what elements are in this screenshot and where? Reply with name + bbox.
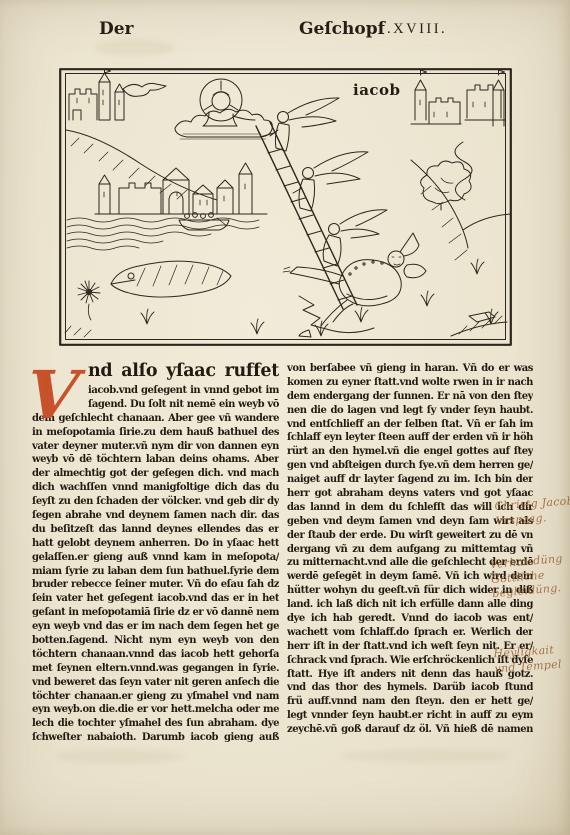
folio-number: .XVIII. [387,21,447,38]
woodcut-caption-label: iacob [353,81,401,99]
text-line: gen vnd abſteigen durch ſye.vñ dem herre… [287,459,533,473]
text-column-left: V nd alſo yſaac ruffet iacob.vnd geſegen… [32,361,279,745]
text-line: eyn weyb.on die.die er vor hett.melcha o… [32,703,279,717]
text-line: botten.ſagend. Nicht nym eyn weyb von de… [32,634,279,648]
right-castles [411,70,505,126]
text-line: rürt an den hymel.vñ die engel gottes au… [287,445,533,459]
text-line: ſagend. Du ſolt nit nemē ein weyb vō [88,398,279,412]
grass-tufts [141,259,498,336]
margin-note: Heyligkaitvnd Tempel [493,643,562,677]
text-line: naiget auff dr layter ſagend zu im. Ich … [287,473,533,487]
bird-icon [123,83,166,96]
decorated-initial: V [24,359,89,437]
jacobs-ladder-woodcut [59,68,512,346]
text-line: legt vnnder ſeyn haubt.er richt in auff … [287,709,533,723]
text-line: gelaſſen.er gieng auß vnnd kam in meſopo… [32,551,279,565]
margin-note: VerhaisdüngGottlichebegleidüng. [489,552,566,602]
text-line: frü auff.vnnd nam den ſteyn. den er hett… [287,695,533,709]
text-line: nen die do lagen vnd legt ſy vnder ſeyn … [287,404,533,418]
text-line: dergang vñ zu dem aufgang zu mittemtag v… [287,543,533,557]
bush [421,161,471,210]
text-line: lech die tochter yſmahel des ſun abraham… [32,717,279,731]
text-line: töchtern chanaan.vnnd das iacob hett geh… [32,648,279,662]
text-line: dich wachſſen vnnd manigfoltige dich das… [32,481,279,495]
left-castle [69,69,124,120]
show-through-smudge [340,750,510,762]
foreground-ground [65,312,507,337]
text-line: der almechtig got der geſegen dich. vnd … [32,467,279,481]
text-line: ſchweſter nabaioth. Darumb iacob gieng a… [32,731,279,745]
city-midground [95,163,267,214]
text-line: met ſeynen eltern.vnnd.was gegangen in ſ… [32,662,279,676]
text-line: hatt gelobt deynem anherren. Do in yſaac… [32,537,279,551]
text-line: du beſitzeſt das lannd deynes ellendes d… [32,523,279,537]
angel-middle [293,152,368,211]
text-line: vnd das thor des hymels. Darüb iacob ſtu… [287,681,533,695]
text-line: dye ich hab geredt. Vnnd do iacob was en… [287,612,533,626]
text-line: vnd beweret das ſeyn vater nit geren anſ… [32,676,279,690]
text-line: wachett vom ſchlaff.do ſprach er. Werlic… [287,626,533,640]
text-line: ſegen abrahe vnd deynem ſamen nach dir. … [32,509,279,523]
text-line: geſant in meſopotamiā ſirie dz er vō dan… [32,606,279,620]
left-column-body: dem geſchlecht chanaan. Aber gee vñ wand… [32,412,279,745]
text-line: miam ſyrie zu laban dem ſun bathuel.ſyri… [32,565,279,579]
angel-lower [323,210,387,266]
text-line: iacob.vnd geſegent in vnnd gebot im [88,384,279,398]
flower [78,281,100,320]
river-water [67,218,259,250]
text-line: weyb vō dē töchtern laban deins ohams. A… [32,453,279,467]
text-column-right: von berſabee vñ gieng in haran. Vñ do er… [287,362,533,737]
text-line: ſeyſt zu den ſchaden der völcker. vnd ge… [32,495,279,509]
incunabulum-page: { "document": { "header": { "running_tit… [0,0,570,835]
text-line: bruder rebecce ſeiner muter. Vñ do eſau … [32,578,279,592]
text-line: von berſabee vñ gieng in haran. Vñ do er… [287,362,533,376]
opening-line: nd alſo yſaac ruffet [88,361,279,384]
show-through-smudge [95,40,175,56]
text-line: vater deyner muter.vñ nym dir von dannen… [32,440,279,454]
text-line: eyn weyb vnd das er im nach dem ſegen he… [32,620,279,634]
text-line: komen zu eyner ſtatt.vnd wolte rwen in i… [287,376,533,390]
woodcut-border-inner [66,74,506,340]
text-line: ſchlaff eyn leyter ſteen auff der erden … [287,431,533,445]
show-through-smudge [55,750,185,763]
running-title-left: Der [99,19,134,39]
fish-rock [111,261,231,297]
woodcut-border-outer [60,69,511,345]
text-line: dem endergang der ſunnen. Er nā von den … [287,390,533,404]
running-title-right: Geſchopf [299,19,385,39]
text-line: zeychē.vñ goß darauf dz öl. Vñ hieß dē n… [287,723,533,737]
text-line: ſein vater het geſegent iacob.vnd das er… [32,592,279,606]
woodcut-illustration: iacob [59,68,512,346]
ladder [256,122,357,309]
text-line: der ſtaub der erde. Du wirſt geweitert z… [287,529,533,543]
sleeping-jacob [283,233,426,337]
text-line: vnd entſchlieff an der ſelben ſtat. Vñ e… [287,418,533,432]
margin-note: Christg JacobVrspzag. [494,494,570,528]
left-hill [66,130,217,200]
text-line: töchter chanaan.er gieng zu yſmahel vnd … [32,690,279,704]
